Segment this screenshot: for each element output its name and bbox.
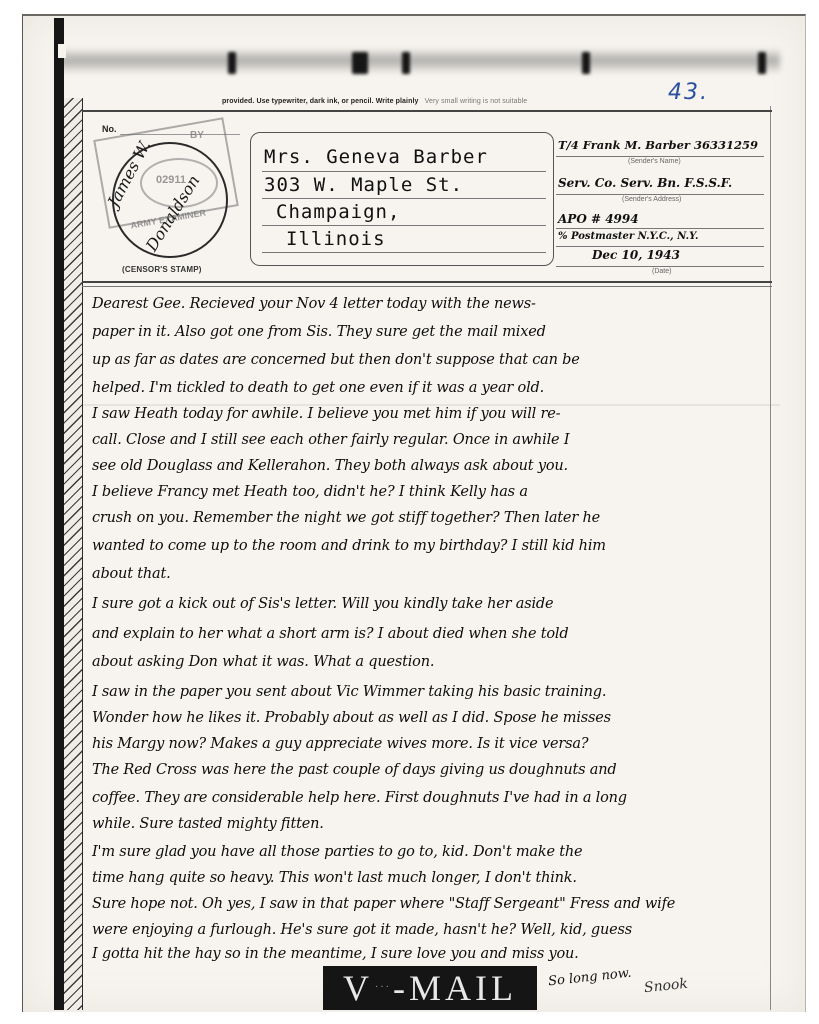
sender-address-caption: (Sender's Address): [622, 196, 681, 203]
letter-line: I'm sure glad you have all those parties…: [92, 844, 582, 860]
letter-line: I saw Heath today for awhile. I believe …: [92, 406, 560, 422]
sender-address: Serv. Co. Serv. Bn. F.S.S.F.: [558, 176, 732, 190]
letter-line: and explain to her what a short arm is? …: [92, 626, 568, 642]
letter-line: coffee. They are considerable help here.…: [92, 790, 627, 806]
vmail-v: V: [343, 970, 373, 1006]
recipient-city: Champaign,: [276, 201, 400, 223]
address-rule: [262, 252, 546, 253]
letter-date: Dec 10, 1943: [592, 248, 680, 262]
sender-rule: [556, 156, 764, 157]
letter-line: The Red Cross was here the past couple o…: [92, 762, 616, 778]
letter-line: see old Douglass and Kellerahon. They bo…: [92, 458, 568, 474]
stamp-text-top: BY: [190, 130, 204, 141]
sender-rule: [556, 266, 764, 267]
header-bottom-rule-2: [82, 286, 772, 287]
header-bottom-rule: [82, 281, 772, 283]
redaction-mark: [228, 52, 236, 74]
letter-line: were enjoying a furlough. He's sure got …: [92, 922, 632, 938]
letter-line: about asking Don what it was. What a que…: [92, 654, 434, 670]
letter-line: about that.: [92, 566, 170, 582]
letter-line: I saw in the paper you sent about Vic Wi…: [92, 684, 606, 700]
letter-line: while. Sure tasted mighty fitten.: [92, 816, 324, 832]
letter-line: call. Close and I still see each other f…: [92, 432, 569, 448]
letter-line: Dearest Gee. Recieved your Nov 4 letter …: [92, 296, 536, 312]
vmail-dots: ···: [375, 983, 391, 993]
page-number: 43.: [668, 80, 709, 105]
letter-line: I gotta hit the hay so in the meantime, …: [92, 946, 579, 962]
redaction-mark: [352, 52, 368, 74]
date-caption: (Date): [652, 268, 671, 275]
letter-line: up as far as dates are concerned but the…: [92, 352, 580, 368]
left-bar-notch: [58, 44, 66, 58]
sender-rule: [556, 228, 764, 229]
letter-line: I believe Francy met Heath too, didn't h…: [92, 484, 528, 500]
censor-stamp-label: (CENSOR'S STAMP): [122, 265, 202, 274]
form-instruction: provided. Use typewriter, dark ink, or p…: [222, 98, 527, 105]
number-label: No.: [102, 124, 117, 134]
address-rule: [262, 171, 546, 172]
hatched-margin: [64, 98, 83, 1010]
redacted-header-strip: [60, 48, 780, 74]
letter-line: his Margy now? Makes a guy appreciate wi…: [92, 736, 588, 752]
redaction-mark: [582, 52, 590, 74]
letter-line: Sure hope not. Oh yes, I saw in that pap…: [92, 896, 675, 912]
address-rule: [262, 225, 546, 226]
letter-line: paper in it. Also got one from Sis. They…: [92, 324, 546, 340]
letter-line: wanted to come up to the room and drink …: [92, 538, 606, 554]
vmail-mail: -MAIL: [393, 970, 517, 1006]
letter-line: Wonder how he likes it. Probably about a…: [92, 710, 611, 726]
letter-line: crush on you. Remember the night we got …: [92, 510, 600, 526]
letter-line: time hang quite so heavy. This won't las…: [92, 870, 577, 886]
vmail-banner: V ··· -MAIL: [323, 966, 537, 1010]
recipient-name: Mrs. Geneva Barber: [264, 146, 488, 168]
instruction-bold: provided. Use typewriter, dark ink, or p…: [222, 98, 418, 105]
sender-rule: [556, 194, 764, 195]
sender-name: T/4 Frank M. Barber 36331259: [558, 138, 758, 152]
sender-rule: [556, 246, 764, 247]
recipient-street: 303 W. Maple St.: [264, 174, 463, 196]
left-margin-bar: [54, 18, 64, 1010]
instruction-faint: Very small writing is not suitable: [425, 98, 528, 105]
recipient-state: Illinois: [286, 228, 386, 250]
letter-line: I sure got a kick out of Sis's letter. W…: [92, 596, 553, 612]
sender-name-caption: (Sender's Name): [628, 158, 681, 165]
address-rule: [262, 198, 546, 199]
redaction-mark: [758, 52, 766, 74]
letter-line: helped. I'm tickled to death to get one …: [92, 380, 544, 396]
right-border-line: [770, 106, 771, 1010]
header-top-rule: [82, 110, 772, 112]
sender-apo: APO # 4994: [558, 212, 639, 226]
sender-postmaster: % Postmaster N.Y.C., N.Y.: [558, 231, 698, 242]
redaction-mark: [402, 52, 410, 74]
